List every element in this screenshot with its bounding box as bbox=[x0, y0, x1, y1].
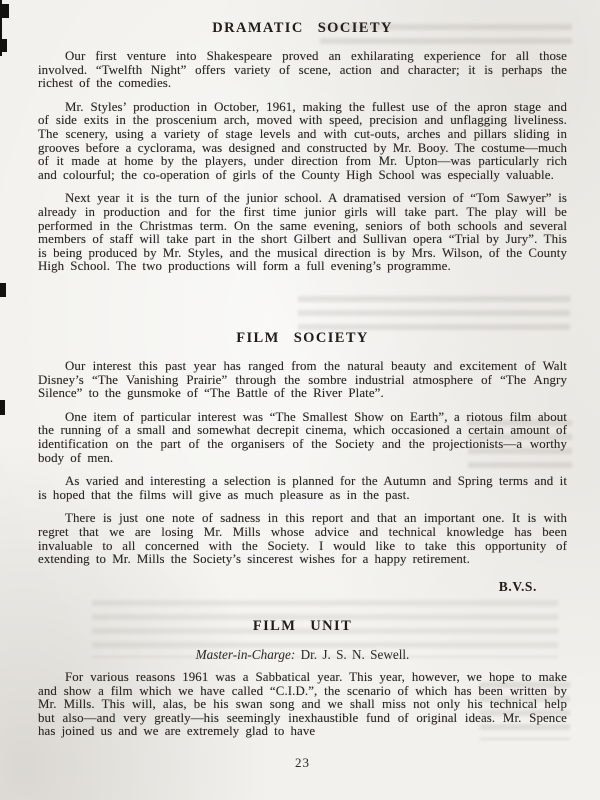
scan-blot-artifact bbox=[0, 4, 9, 18]
paragraph: For various reasons 1961 was a Sabbatica… bbox=[38, 671, 567, 739]
paragraph: One item of particular interest was “The… bbox=[38, 411, 567, 465]
paragraph: Our first venture into Shakespeare prove… bbox=[38, 50, 567, 91]
section-heading-film-society: FILM SOCIETY bbox=[38, 330, 567, 346]
scan-blot-artifact bbox=[0, 39, 7, 52]
page-number: 23 bbox=[38, 755, 567, 771]
section-film-unit: FILM UNIT Master-in-Charge: Dr. J. S. N.… bbox=[38, 618, 567, 739]
master-in-charge-label: Master-in-Charge: bbox=[196, 647, 296, 662]
section-heading-dramatic-society: DRAMATIC SOCIETY bbox=[38, 20, 567, 36]
section-dramatic-society: DRAMATIC SOCIETY Our first venture into … bbox=[38, 20, 567, 274]
signature-initials: B.V.S. bbox=[38, 579, 567, 595]
paragraph: Next year it is the turn of the junior s… bbox=[38, 192, 567, 274]
section-heading-film-unit: FILM UNIT bbox=[38, 618, 567, 634]
paragraph: Our interest this past year has ranged f… bbox=[38, 360, 567, 401]
scan-blot-artifact bbox=[0, 400, 5, 415]
scanned-page: DRAMATIC SOCIETY Our first venture into … bbox=[0, 0, 600, 800]
paragraph: Mr. Styles’ production in October, 1961,… bbox=[38, 101, 567, 183]
paragraph: As varied and interesting a selection is… bbox=[38, 475, 567, 502]
master-in-charge-line: Master-in-Charge: Dr. J. S. N. Sewell. bbox=[38, 648, 567, 662]
master-in-charge-value: Dr. J. S. N. Sewell. bbox=[301, 647, 410, 662]
scan-blot-artifact bbox=[0, 283, 6, 297]
paragraph: There is just one note of sadness in thi… bbox=[38, 512, 567, 566]
section-film-society: FILM SOCIETY Our interest this past year… bbox=[38, 330, 567, 595]
